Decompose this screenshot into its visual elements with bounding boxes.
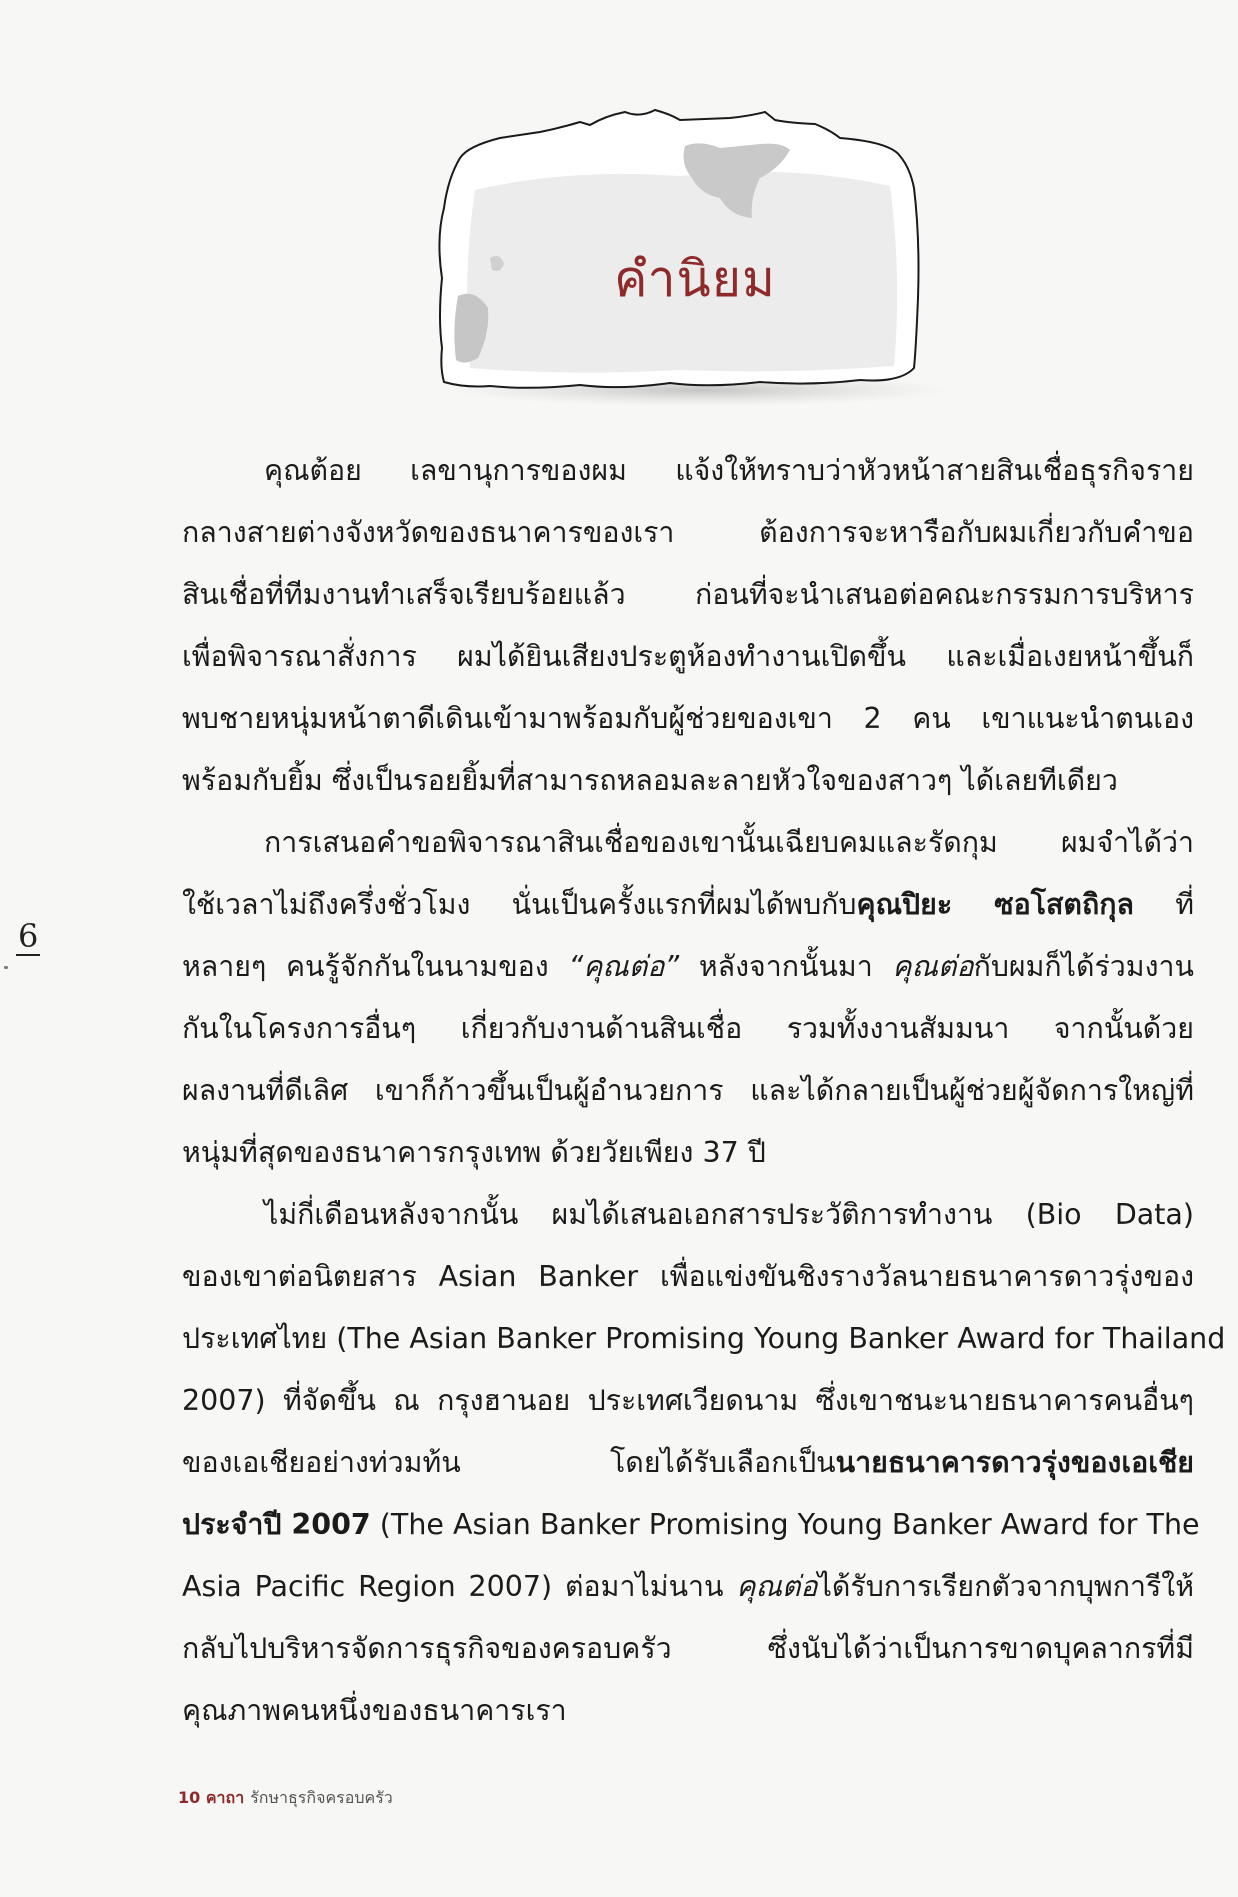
text-run: ของเอเชียอย่างท่วมท้น โดยได้รับเลือกเป็น — [182, 1446, 836, 1479]
text-line: 2007) ที่จัดขึ้น ณ กรุงฮานอย ประเทศเวียด… — [182, 1370, 1194, 1432]
text-run: กลับไปบริหารจัดการธุรกิจของครอบครัว ซึ่ง… — [182, 1632, 1194, 1665]
bold-text: นายธนาคารดาวรุ่งของเอเชีย — [836, 1446, 1194, 1479]
margin-mark — [4, 966, 8, 969]
paragraph: การเสนอคำขอพิจารณาสินเชื่อของเขานั้นเฉีย… — [182, 812, 1194, 1184]
text-run: กันในโครงการอื่นๆ เกี่ยวกับงานด้านสินเชื… — [182, 1012, 1194, 1045]
text-run: หลายๆ คนรู้จักกันในนามของ — [182, 950, 568, 983]
text-line: ไม่กี่เดือนหลังจากนั้น ผมได้เสนอเอกสารปร… — [182, 1184, 1194, 1246]
text-line: เพื่อพิจารณาสั่งการ ผมได้ยินเสียงประตูห้… — [182, 626, 1194, 688]
text-line: พร้อมกับยิ้ม ซึ่งเป็นรอยยิ้มที่สามารถหลอ… — [182, 750, 1194, 812]
text-run: ของเขาต่อนิตยสาร Asian Banker เพื่อแข่งข… — [182, 1260, 1194, 1293]
text-line: คุณต้อย เลขานุการของผม แจ้งให้ทราบว่าหัว… — [182, 440, 1194, 502]
text-run: ไม่กี่เดือนหลังจากนั้น ผมได้เสนอเอกสารปร… — [264, 1198, 1194, 1231]
bold-text: ประจำปี 2007 — [182, 1508, 371, 1541]
text-run: สินเชื่อที่ทีมงานทำเสร็จเรียบร้อยแล้ว ก่… — [182, 578, 1194, 611]
text-line: คุณภาพคนหนึ่งของธนาคารเรา — [182, 1680, 1194, 1742]
text-run: ได้รับการเรียกตัวจากบุพการีให้ — [818, 1570, 1194, 1603]
body-text: คุณต้อย เลขานุการของผม แจ้งให้ทราบว่าหัว… — [182, 440, 1194, 1742]
italic-text: “คุณต่อ” — [568, 950, 679, 983]
text-run: Asia Pacific Region 2007) ต่อมาไม่นาน — [182, 1570, 736, 1603]
margin-page-number: 6 — [16, 918, 40, 956]
running-footer: 10 คาถารักษาธุรกิจครอบครัว — [178, 1786, 393, 1811]
italic-text: คุณต่อ — [892, 950, 973, 983]
paragraph: คุณต้อย เลขานุการของผม แจ้งให้ทราบว่าหัว… — [182, 440, 1194, 812]
text-run: ที่ — [1134, 888, 1194, 921]
text-line: ใช้เวลาไม่ถึงครึ่งชั่วโมง นั่นเป็นครั้งแ… — [182, 874, 1194, 936]
text-run: พบชายหนุ่มหน้าตาดีเดินเข้ามาพร้อมกับผู้ช… — [182, 702, 1194, 735]
text-run: หลังจากนั้นมา — [679, 950, 892, 983]
text-line: ของเขาต่อนิตยสาร Asian Banker เพื่อแข่งข… — [182, 1246, 1194, 1308]
italic-text: คุณต่อ — [736, 1570, 817, 1603]
text-run: ผลงานที่ดีเลิศ เขาก็ก้าวขึ้นเป็นผู้อำนวย… — [182, 1074, 1194, 1107]
text-line: หนุ่มที่สุดของธนาคารกรุงเทพ ด้วยวัยเพียง… — [182, 1122, 1194, 1184]
text-line: กลางสายต่างจังหวัดของธนาคารของเรา ต้องกา… — [182, 502, 1194, 564]
text-line: ผลงานที่ดีเลิศ เขาก็ก้าวขึ้นเป็นผู้อำนวย… — [182, 1060, 1194, 1122]
text-line: หลายๆ คนรู้จักกันในนามของ “คุณต่อ” หลังจ… — [182, 936, 1194, 998]
text-run: 2007) ที่จัดขึ้น ณ กรุงฮานอย ประเทศเวียด… — [182, 1384, 1194, 1417]
footer-book-title: รักษาธุรกิจครอบครัว — [250, 1788, 393, 1807]
text-run: คุณต้อย เลขานุการของผม แจ้งให้ทราบว่าหัว… — [264, 454, 1194, 487]
bold-text: คุณปิยะ ซอโสตถิกุล — [857, 888, 1134, 921]
text-line: การเสนอคำขอพิจารณาสินเชื่อของเขานั้นเฉีย… — [182, 812, 1194, 874]
text-run: เพื่อพิจารณาสั่งการ ผมได้ยินเสียงประตูห้… — [182, 640, 1194, 673]
text-line: พบชายหนุ่มหน้าตาดีเดินเข้ามาพร้อมกับผู้ช… — [182, 688, 1194, 750]
text-run: ใช้เวลาไม่ถึงครึ่งชั่วโมง นั่นเป็นครั้งแ… — [182, 888, 857, 921]
text-run: หนุ่มที่สุดของธนาคารกรุงเทพ ด้วยวัยเพียง… — [182, 1136, 766, 1169]
text-run: การเสนอคำขอพิจารณาสินเชื่อของเขานั้นเฉีย… — [264, 826, 1194, 859]
text-run: กลางสายต่างจังหวัดของธนาคารของเรา ต้องกา… — [182, 516, 1194, 549]
text-line: กลับไปบริหารจัดการธุรกิจของครอบครัว ซึ่ง… — [182, 1618, 1194, 1680]
page-title: คำนิยม — [430, 240, 960, 319]
text-run: กับผมก็ได้ร่วมงาน — [974, 950, 1194, 983]
text-line: สินเชื่อที่ทีมงานทำเสร็จเรียบร้อยแล้ว ก่… — [182, 564, 1194, 626]
text-run: ประเทศไทย (The Asian Banker Promising Yo… — [182, 1322, 1225, 1355]
footer-brand: 10 คาถา — [178, 1788, 244, 1807]
title-stone-illustration: คำนิยม — [430, 98, 960, 408]
text-run: พร้อมกับยิ้ม ซึ่งเป็นรอยยิ้มที่สามารถหลอ… — [182, 764, 1118, 797]
paragraph: ไม่กี่เดือนหลังจากนั้น ผมได้เสนอเอกสารปร… — [182, 1184, 1194, 1742]
text-line: Asia Pacific Region 2007) ต่อมาไม่นาน คุ… — [182, 1556, 1194, 1618]
text-line: ของเอเชียอย่างท่วมท้น โดยได้รับเลือกเป็น… — [182, 1432, 1194, 1494]
text-line: กันในโครงการอื่นๆ เกี่ยวกับงานด้านสินเชื… — [182, 998, 1194, 1060]
text-line: ประจำปี 2007 (The Asian Banker Promising… — [182, 1494, 1194, 1556]
text-run: (The Asian Banker Promising Young Banker… — [371, 1508, 1200, 1541]
text-run: คุณภาพคนหนึ่งของธนาคารเรา — [182, 1694, 567, 1727]
text-line: ประเทศไทย (The Asian Banker Promising Yo… — [182, 1308, 1194, 1370]
